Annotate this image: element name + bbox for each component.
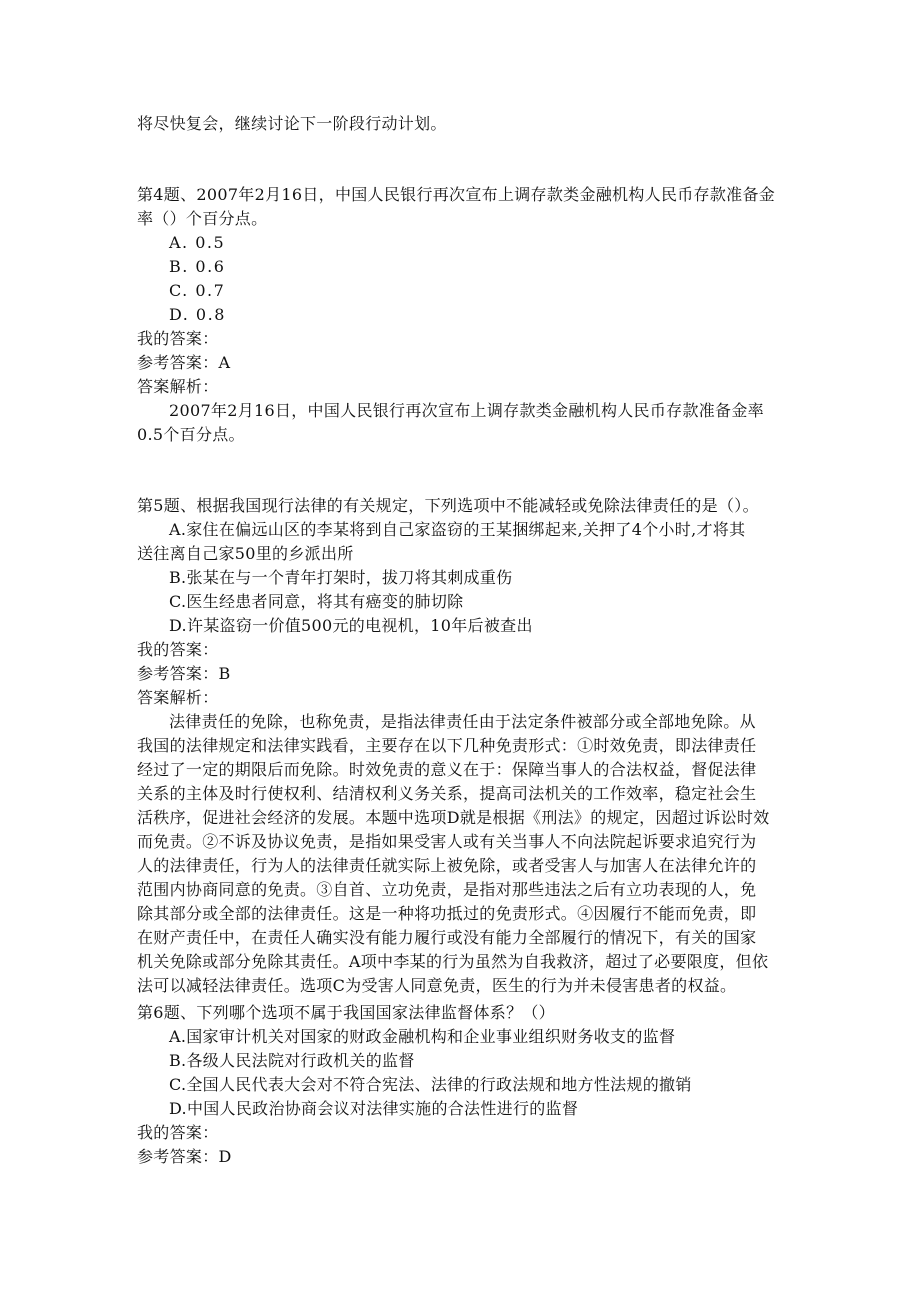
question-5-option-c: C.医生经患者同意，将其有癌变的肺切除 — [137, 590, 463, 614]
question-4-ref-answer: 参考答案：A — [137, 351, 230, 375]
question-5-analysis-line: 而免责。②不诉及协议免责，是指如果受害人或有关当事人不向法院起诉要求追究行为 — [137, 830, 756, 854]
question-4-option-a: A. 0.5 — [137, 231, 225, 255]
question-5-option-d: D.许某盗窃一价值500元的电视机，10年后被查出 — [137, 614, 533, 638]
question-5-title: 第5题、根据我国现行法律的有关规定，下列选项中不能减轻或免除法律责任的是（）。 — [137, 494, 759, 518]
question-4-title: 第4题、2007年2月16日，中国人民银行再次宣布上调存款类金融机构人民币存款准… — [137, 183, 775, 207]
question-5-analysis-line: 人的法律责任，行为人的法律责任就实际上被免除，或者受害人与加害人在法律允许的 — [137, 854, 756, 878]
question-6-ref-answer: 参考答案：D — [137, 1145, 232, 1169]
question-5-analysis-line: 机关免除或部分免除其责任。A项中李某的行为虽然为自我救济，超过了必要限度，但依 — [137, 950, 768, 974]
question-6-title: 第6题、下列哪个选项不属于我国国家法律监督体系？（） — [137, 1001, 555, 1025]
question-5-analysis-line: 范围内协商同意的免责。③自首、立功免责，是指对那些违法之后有立功表现的人，免 — [137, 878, 756, 902]
question-5-analysis-line: 我国的法律规定和法律实践看，主要存在以下几种免责形式：①时效免责，即法律责任 — [137, 734, 756, 758]
question-5-analysis-line: 关系的主体及时行使权利、结清权利义务关系，提高司法机关的工作效率，稳定社会生 — [137, 782, 756, 806]
question-5-analysis-line: 法可以减轻法律责任。选项C为受害人同意免责，医生的行为并未侵害患者的权益。 — [137, 974, 736, 998]
question-4-analysis-line: 2007年2月16日，中国人民银行再次宣布上调存款类金融机构人民币存款准备金率 — [137, 399, 764, 423]
question-5-analysis-line: 在财产责任中，在责任人确实没有能力履行或没有能力全部履行的情况下，有关的国家 — [137, 926, 756, 950]
question-4-analysis-label: 答案解析： — [137, 375, 219, 399]
question-4-option-d: D. 0.8 — [137, 303, 226, 327]
question-6-my-answer: 我的答案： — [137, 1121, 219, 1145]
question-6-option-b: B.各级人民法院对行政机关的监督 — [137, 1049, 415, 1073]
question-6-option-c: C.全国人民代表大会对不符合宪法、法律的行政法规和地方性法规的撤销 — [137, 1073, 692, 1097]
question-5-option-b: B.张某在与一个青年打架时，拔刀将其刺成重伤 — [137, 566, 512, 590]
question-5-ref-answer: 参考答案：B — [137, 662, 231, 686]
question-4-my-answer: 我的答案： — [137, 327, 219, 351]
intro-text: 将尽快复会，继续讨论下一阶段行动计划。 — [137, 112, 447, 136]
question-5-analysis-label: 答案解析： — [137, 686, 219, 710]
question-4-option-c: C. 0.7 — [137, 279, 225, 303]
question-5-my-answer: 我的答案： — [137, 638, 219, 662]
question-5-analysis-line: 法律责任的免除，也称免责，是指法律责任由于法定条件被部分或全部地免除。从 — [137, 710, 756, 734]
question-4-title-cont: 率（）个百分点。 — [137, 207, 267, 231]
question-5-analysis-line: 经过了一定的期限后而免除。时效免责的意义在于：保障当事人的合法权益，督促法律 — [137, 758, 756, 782]
question-4-analysis-line: 0.5个百分点。 — [137, 423, 245, 447]
question-6-option-d: D.中国人民政治协商会议对法律实施的合法性进行的监督 — [137, 1097, 578, 1121]
question-6-option-a: A.国家审计机关对国家的财政金融机构和企业事业组织财务收支的监督 — [137, 1025, 675, 1049]
question-5-analysis-line: 除其部分或全部的法律责任。这是一种将功抵过的免责形式。④因履行不能而免责，即 — [137, 902, 756, 926]
question-4-option-b: B. 0.6 — [137, 255, 225, 279]
question-5-analysis-line: 活秩序，促进社会经济的发展。本题中选项D就是根据《刑法》的规定，因超过诉讼时效 — [137, 806, 770, 830]
question-5-option-a: A.家住在偏远山区的李某将到自己家盗窃的王某捆绑起来,关押了4个小时,才将其 — [137, 518, 745, 542]
question-5-option-a-cont: 送往离自己家50里的乡派出所 — [137, 542, 354, 566]
